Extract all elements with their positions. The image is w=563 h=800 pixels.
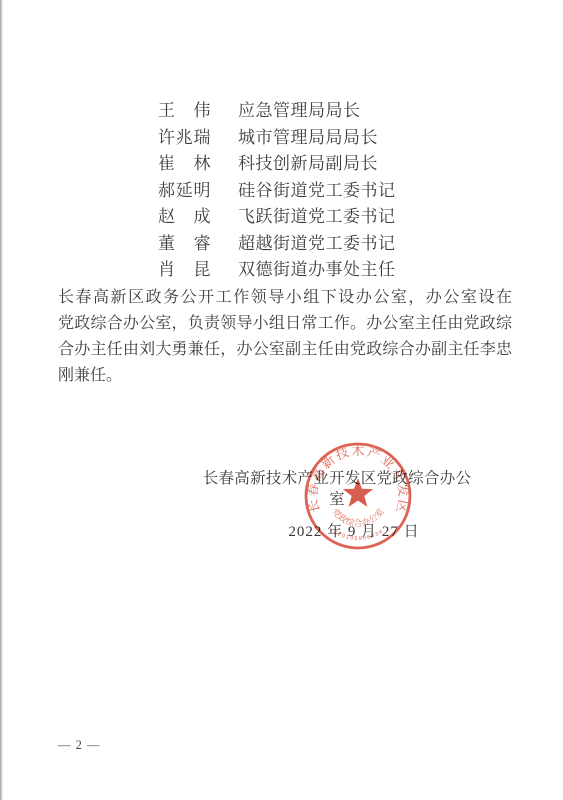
person-title: 城市管理局局局长 [238,128,378,147]
person-title: 应急管理局局长 [238,101,361,120]
person-title: 飞跃街道党工委书记 [238,207,396,226]
paragraph-line: 党政综合办公室，负责领导小组日常工作。办公室主任由党政综 [58,311,512,337]
paragraph-line: 刚兼任。 [58,363,512,389]
person-title: 超越街道党工委书记 [238,234,396,253]
seal-inner-text-path: 党政综合办公室 [330,506,386,528]
official-seal: 长春高新技术产业开发区 党政综合办公室 220195996034 [303,441,413,551]
roster-row: 赵成飞跃街道党工委书记 [158,204,396,231]
person-title: 科技创新局副局长 [238,154,378,173]
paragraph-line: 合办主任由刘大勇兼任，办公室副主任由党政综合办副主任李忠 [58,337,512,363]
seal-inner-text: 党政综合办公室 [330,506,386,528]
seal-code-path: 220195996034 [332,529,384,542]
signatory-roster: 王伟应急管理局局长 许兆瑞城市管理局局局长 崔林科技创新局副局长 郝延明硅谷街道… [158,98,396,284]
roster-row: 郝延明硅谷街道党工委书记 [158,178,396,205]
roster-row: 肖昆双德街道办事处主任 [158,257,396,284]
person-name: 赵成 [158,204,211,231]
roster-row: 许兆瑞城市管理局局局长 [158,125,396,152]
person-name: 董睿 [158,231,211,258]
roster-row: 董睿超越街道党工委书记 [158,231,396,258]
star-icon [343,478,373,507]
person-name: 肖昆 [158,257,211,284]
paragraph-line: 长春高新区政务公开工作领导小组下设办公室，办公室设在 [58,285,512,311]
person-title: 双德街道办事处主任 [238,260,396,279]
roster-row: 王伟应急管理局局长 [158,98,396,125]
scan-edge-shadow [0,0,3,800]
seal-code: 220195996034 [332,529,384,542]
page-number: — 2 — [58,738,101,753]
document-page: 王伟应急管理局局长 许兆瑞城市管理局局局长 崔林科技创新局副局长 郝延明硅谷街道… [0,0,563,800]
person-name: 崔林 [158,151,211,178]
roster-row: 崔林科技创新局副局长 [158,151,396,178]
person-name: 王伟 [158,98,211,125]
person-name: 郝延明 [158,178,211,205]
person-name: 许兆瑞 [158,125,211,152]
person-title: 硅谷街道党工委书记 [238,181,396,200]
body-paragraph: 长春高新区政务公开工作领导小组下设办公室，办公室设在 党政综合办公室，负责领导小… [58,285,512,389]
